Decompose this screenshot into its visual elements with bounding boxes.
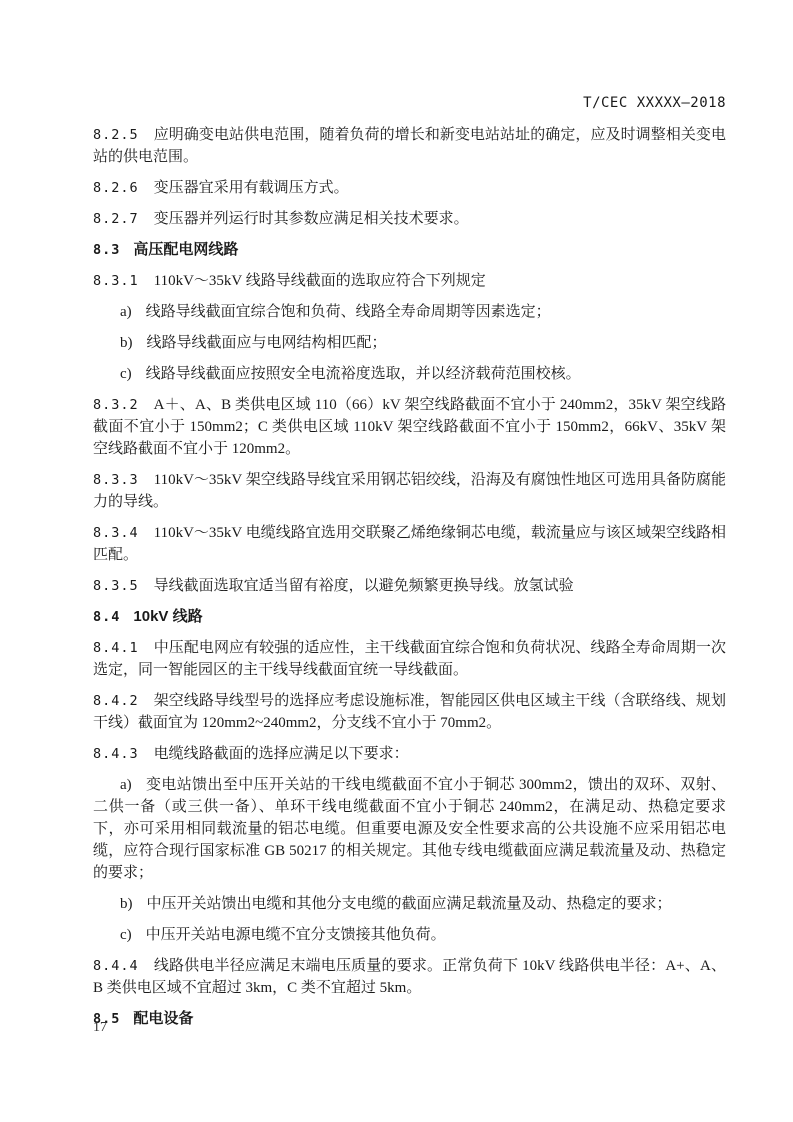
clause-8-3-1: 8.3.1110kV～35kV 线路导线截面的选取应符合下列规定	[93, 270, 726, 292]
clause-text: 导线截面选取宜适当留有裕度，以避免频繁更换导线。放氢试验	[154, 578, 574, 594]
list-item-8-4-3-c: c)中压开关站电源电缆不宜分支馈接其他负荷。	[93, 924, 726, 946]
list-text: 线路导线截面宜综合饱和负荷、线路全寿命周期等因素选定；	[146, 304, 551, 320]
clause-text: 110kV～35kV 电缆线路宜选用交联聚乙烯绝缘铜芯电缆，载流量应与该区域架空…	[93, 525, 726, 563]
clause-text: 应明确变电站供电范围，随着负荷的增长和新变电站站址的确定，应及时调整相关变电站的…	[93, 127, 726, 165]
list-label: a)	[120, 304, 132, 320]
clause-text: 110kV～35kV 架空线路导线宜采用钢芯铝绞线，沿海及有腐蚀性地区可选用具备…	[93, 472, 726, 510]
list-label: a)	[120, 777, 132, 793]
list-text: 中压开关站馈出电缆和其他分支电缆的截面应满足载流量及动、热稳定的要求；	[147, 896, 672, 912]
clause-8-3-2: 8.3.2A＋、A、B 类供电区域 110（66）kV 架空线路截面不宜小于 2…	[93, 394, 726, 460]
clause-number: 8.3.5	[93, 578, 139, 594]
list-item-8-4-3-a: a)变电站馈出至中压开关站的干线电缆截面不宜小于铜芯 300mm2，馈出的双环、…	[93, 774, 726, 884]
clause-8-3-4: 8.3.4110kV～35kV 电缆线路宜选用交联聚乙烯绝缘铜芯电缆，载流量应与…	[93, 522, 726, 566]
clause-8-4-3: 8.4.3电缆线路截面的选择应满足以下要求：	[93, 743, 726, 765]
clause-8-2-7: 8.2.7变压器并列运行时其参数应满足相关技术要求。	[93, 208, 726, 230]
list-text: 中压开关站电源电缆不宜分支馈接其他负荷。	[146, 927, 446, 943]
clause-number: 8.2.6	[93, 180, 139, 196]
clause-number: 8.2.5	[93, 127, 139, 143]
clause-8-4-4: 8.4.4线路供电半径应满足末端电压质量的要求。正常负荷下 10kV 线路供电半…	[93, 955, 726, 999]
clause-text: 架空线路导线型号的选择应考虑设施标准，智能园区供电区域主干线（含联络线、规划干线…	[93, 693, 726, 731]
clause-8-2-6: 8.2.6变压器宜采用有载调压方式。	[93, 177, 726, 199]
document-body: 8.2.5应明确变电站供电范围，随着负荷的增长和新变电站站址的确定，应及时调整相…	[93, 124, 726, 1039]
list-item-8-3-1-a: a)线路导线截面宜综合饱和负荷、线路全寿命周期等因素选定；	[93, 301, 726, 323]
clause-8-2-5: 8.2.5应明确变电站供电范围，随着负荷的增长和新变电站站址的确定，应及时调整相…	[93, 124, 726, 168]
list-item-8-3-1-c: c)线路导线截面应按照安全电流裕度选取，并以经济载荷范围校核。	[93, 363, 726, 385]
clause-text: 线路供电半径应满足末端电压质量的要求。正常负荷下 10kV 线路供电半径：A+、…	[93, 958, 726, 996]
clause-8-4-1: 8.4.1中压配电网应有较强的适应性，主干线截面宜综合饱和负荷状况、线路全寿命周…	[93, 637, 726, 681]
clause-number: 8.4.4	[93, 958, 139, 974]
clause-number: 8.3.3	[93, 472, 139, 488]
clause-text: A＋、A、B 类供电区域 110（66）kV 架空线路截面不宜小于 240mm2…	[93, 397, 726, 457]
page-number: 17	[93, 1020, 107, 1036]
section-number: 8.4	[93, 609, 120, 625]
clause-text: 变压器并列运行时其参数应满足相关技术要求。	[154, 211, 469, 227]
clause-number: 8.4.3	[93, 746, 139, 762]
clause-number: 8.2.7	[93, 211, 139, 227]
section-heading-8-3: 8.3高压配电网线路	[93, 239, 726, 261]
clause-number: 8.3.2	[93, 397, 139, 413]
section-heading-8-5: 8.5配电设备	[93, 1008, 726, 1030]
list-text: 线路导线截面应与电网结构相匹配；	[147, 335, 387, 351]
section-title: 高压配电网线路	[133, 241, 238, 258]
clause-number: 8.3.4	[93, 525, 139, 541]
list-text: 变电站馈出至中压开关站的干线电缆截面不宜小于铜芯 300mm2，馈出的双环、双射…	[93, 777, 726, 881]
clause-text: 电缆线路截面的选择应满足以下要求：	[154, 746, 409, 762]
clause-number: 8.4.2	[93, 693, 139, 709]
clause-text: 变压器宜采用有载调压方式。	[154, 180, 349, 196]
clause-number: 8.3.1	[93, 273, 139, 289]
list-text: 线路导线截面应按照安全电流裕度选取，并以经济载荷范围校核。	[146, 366, 581, 382]
clause-text: 中压配电网应有较强的适应性，主干线截面宜综合饱和负荷状况、线路全寿命周期一次选定…	[93, 640, 726, 678]
list-label: b)	[120, 896, 133, 912]
section-title: 10kV 线路	[133, 608, 202, 625]
list-label: c)	[120, 927, 132, 943]
clause-number: 8.4.1	[93, 640, 139, 656]
list-item-8-4-3-b: b)中压开关站馈出电缆和其他分支电缆的截面应满足载流量及动、热稳定的要求；	[93, 893, 726, 915]
section-heading-8-4: 8.410kV 线路	[93, 606, 726, 628]
clause-8-3-3: 8.3.3110kV～35kV 架空线路导线宜采用钢芯铝绞线，沿海及有腐蚀性地区…	[93, 469, 726, 513]
document-page: T/CEC XXXXX—2018 8.2.5应明确变电站供电范围，随着负荷的增长…	[0, 0, 793, 1122]
section-title: 配电设备	[133, 1010, 193, 1027]
clause-text: 110kV～35kV 线路导线截面的选取应符合下列规定	[154, 273, 486, 289]
clause-8-3-5: 8.3.5导线截面选取宜适当留有裕度，以避免频繁更换导线。放氢试验	[93, 575, 726, 597]
list-label: c)	[120, 366, 132, 382]
list-label: b)	[120, 335, 133, 351]
section-number: 8.3	[93, 242, 120, 258]
document-header-standard-number: T/CEC XXXXX—2018	[583, 95, 726, 111]
clause-8-4-2: 8.4.2架空线路导线型号的选择应考虑设施标准，智能园区供电区域主干线（含联络线…	[93, 690, 726, 734]
list-item-8-3-1-b: b)线路导线截面应与电网结构相匹配；	[93, 332, 726, 354]
